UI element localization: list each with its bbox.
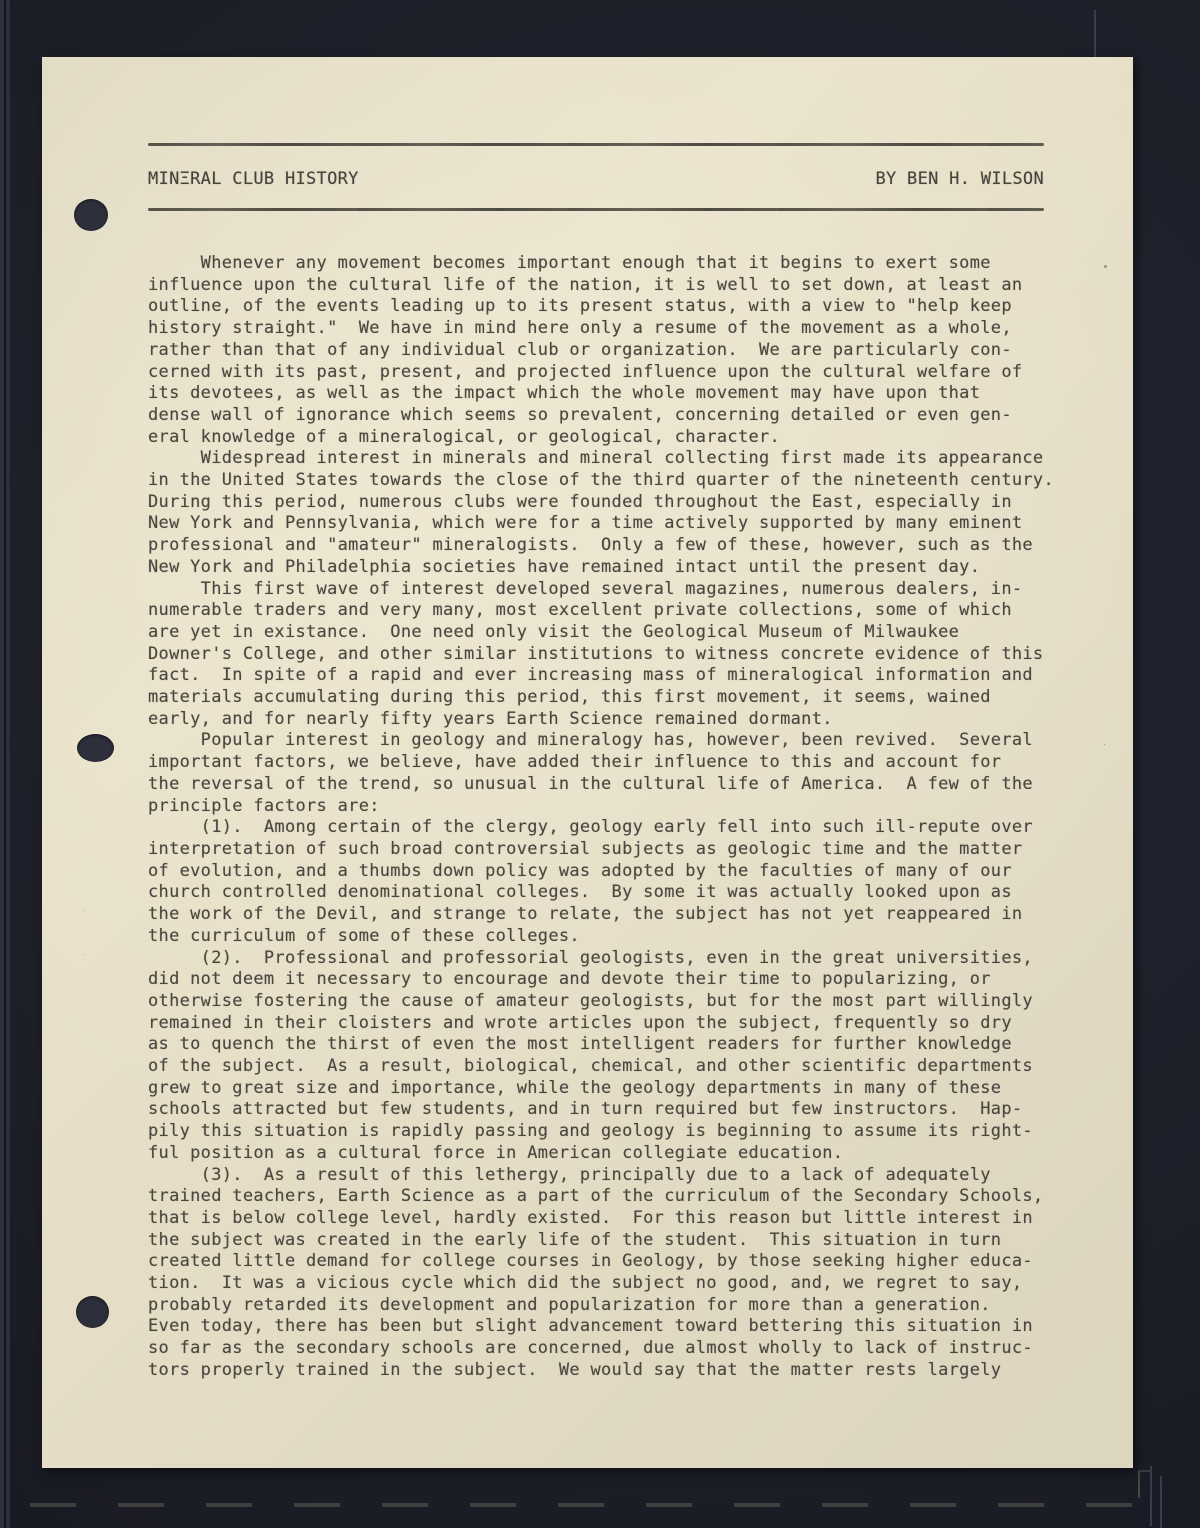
underlying-page-corner [1138,1470,1150,1498]
header-rule-top [148,143,1044,146]
paragraph: (2). Professional and professorial geolo… [148,948,1108,1165]
punch-hole-middle [77,734,114,762]
punch-hole-top [74,199,108,231]
paragraph: This first wave of interest developed se… [148,579,1108,731]
page-title: MINΞRAL CLUB HISTORY [148,169,359,189]
binder-edge-groove [4,0,6,1528]
paragraph: Whenever any movement becomes important … [148,253,1108,448]
paragraph: Widespread interest in minerals and mine… [148,448,1108,578]
paragraph: (3). As a result of this lethergy, princ… [148,1165,1108,1382]
document-page: MINΞRAL CLUB HISTORY BY BEN H. WILSON Wh… [42,57,1133,1468]
binder-edge [0,0,10,1528]
scratch-mark-bottom-1 [1150,1466,1152,1526]
punch-hole-bottom [76,1296,109,1328]
paper-speck [395,283,398,286]
scratch-mark-bottom-2 [1160,1476,1162,1528]
underlying-page-dashes [30,1503,1148,1507]
scratch-mark-top [1094,10,1096,62]
paragraph: (1). Among certain of the clergy, geolog… [148,817,1108,947]
document-body: Whenever any movement becomes important … [148,253,1108,1382]
document-header: MINΞRAL CLUB HISTORY BY BEN H. WILSON [148,169,1044,189]
header-rule-bottom [148,208,1044,211]
paragraph: Popular interest in geology and mineralo… [148,730,1108,817]
byline: BY BEN H. WILSON [875,169,1044,189]
scan-background: MINΞRAL CLUB HISTORY BY BEN H. WILSON Wh… [0,0,1200,1528]
